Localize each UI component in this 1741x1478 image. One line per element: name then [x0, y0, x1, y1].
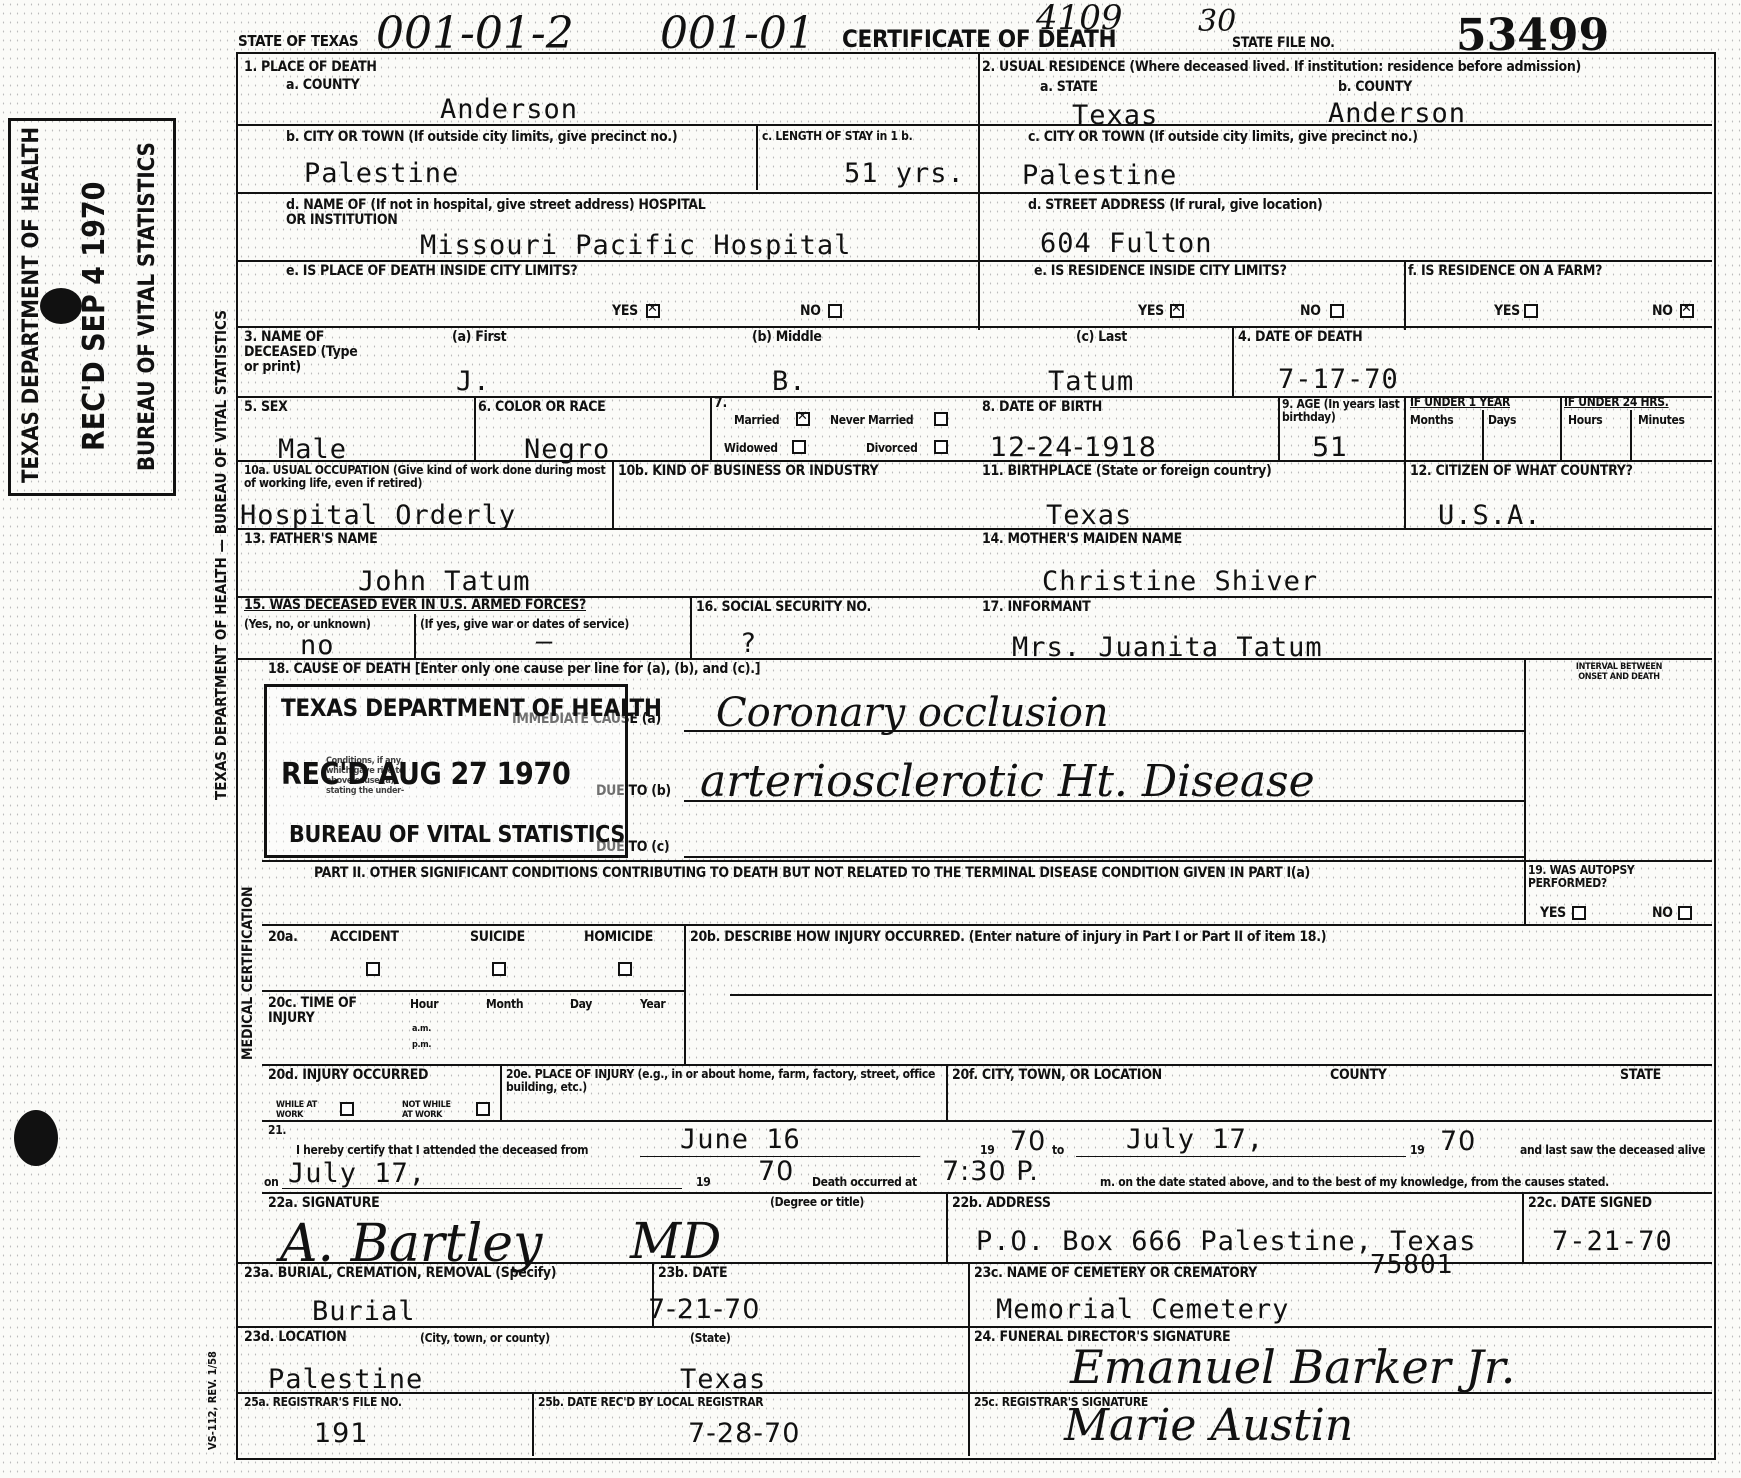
- to-label: to: [1052, 1144, 1064, 1157]
- suicide-checkbox[interactable]: [492, 962, 506, 976]
- divorced-checkbox[interactable]: [934, 440, 948, 454]
- interval-label: INTERVAL BETWEEN ONSET AND DEATH: [1564, 662, 1674, 682]
- informant-label: 17. INFORMANT: [982, 600, 1090, 615]
- res-inside-city-no-checkbox[interactable]: [1330, 304, 1344, 318]
- under-1-year-label: IF UNDER 1 YEAR: [1410, 396, 1510, 409]
- year-label: Year: [640, 998, 665, 1011]
- never-married-checkbox[interactable]: [934, 412, 948, 426]
- received-stamp-sep: TEXAS DEPARTMENT OF HEALTH REC'D SEP 4 1…: [8, 118, 176, 496]
- dob-value: 12-24-1918: [990, 432, 1157, 463]
- res-county-label: b. COUNTY: [1338, 80, 1412, 95]
- sex-label: 5. SEX: [244, 400, 288, 415]
- race-label: 6. COLOR OR RACE: [478, 400, 605, 415]
- first-name-value: J.: [456, 366, 491, 397]
- hours-label: Hours: [1568, 414, 1602, 427]
- last-seen-year: 70: [758, 1156, 794, 1187]
- medical-certification-label: MEDICAL CERTIFICATION: [240, 886, 256, 1060]
- middle-name-value: B.: [772, 366, 807, 397]
- armed-service-value: —: [536, 626, 553, 657]
- cemetery-label: 23c. NAME OF CEMETERY OR CREMATORY: [974, 1266, 1257, 1281]
- citizen-label: 12. CITIZEN OF WHAT COUNTRY?: [1410, 464, 1633, 479]
- divorced-label: Divorced: [866, 442, 918, 455]
- injury-occurred-label: 20d. INJURY OCCURRED: [268, 1068, 428, 1083]
- length-of-stay-label: c. LENGTH OF STAY in 1 b.: [762, 130, 932, 143]
- res-state-label: a. STATE: [1040, 80, 1098, 95]
- location-value: Palestine: [268, 1364, 423, 1395]
- physician-zip: 75801: [1370, 1250, 1453, 1280]
- no-label: NO: [1652, 906, 1673, 921]
- armed-forces-value: no: [300, 630, 335, 661]
- location-sublabel: (City, town, or county): [420, 1332, 550, 1345]
- no-label: NO: [800, 304, 821, 319]
- suicide-label: SUICIDE: [470, 930, 525, 945]
- last-name-label: (c) Last: [1076, 330, 1127, 345]
- institution-value: Missouri Pacific Hospital: [420, 230, 851, 261]
- place-of-death-label: 1. PLACE OF DEATH: [244, 60, 377, 75]
- res-inside-city-label: e. IS RESIDENCE INSIDE CITY LIMITS?: [1034, 264, 1287, 279]
- autopsy-yes-checkbox[interactable]: [1572, 906, 1586, 920]
- burial-value: Burial: [312, 1296, 416, 1327]
- inner-stamp-bureau-line: BUREAU OF VITAL STATISTICS: [289, 823, 625, 848]
- street-value: 604 Fulton: [1040, 228, 1213, 259]
- inner-stamp-dept-line: TEXAS DEPARTMENT OF HEALTH: [281, 695, 662, 721]
- physician-signature-label: 22a. SIGNATURE: [268, 1196, 379, 1211]
- last-name-value: Tatum: [1048, 366, 1134, 397]
- ssn-label: 16. SOCIAL SECURITY NO.: [696, 600, 871, 615]
- on-label: on: [264, 1176, 279, 1189]
- business-label: 10b. KIND OF BUSINESS OR INDUSTRY: [618, 464, 878, 479]
- attended-to-value: July 17,: [1126, 1124, 1264, 1155]
- conditions-label: Conditions, if any, which gave rise to a…: [326, 756, 426, 796]
- months-label: Months: [1410, 414, 1453, 427]
- city-value: Palestine: [304, 158, 459, 189]
- occupation-label: 10a. USUAL OCCUPATION (Give kind of work…: [244, 464, 614, 490]
- nineteen-label: 19: [696, 1176, 710, 1189]
- homicide-label: HOMICIDE: [584, 930, 653, 945]
- nineteen-label: 19: [1410, 1144, 1424, 1157]
- married-label: Married: [734, 414, 779, 427]
- date-of-death-label: 4. DATE OF DEATH: [1238, 330, 1362, 345]
- cert-text-last-saw: and last saw the deceased alive: [1520, 1144, 1705, 1157]
- attended-from-value: June 16: [680, 1124, 801, 1155]
- death-certificate-page: STATE OF TEXAS 001-01-2 001-01 CERTIFICA…: [0, 0, 1741, 1478]
- county-value: Anderson: [440, 94, 578, 125]
- day-label: Day: [570, 998, 592, 1011]
- location-state-sublabel: (State): [690, 1332, 730, 1345]
- while-at-work-label: WHILE AT WORK: [276, 1100, 332, 1120]
- location-state-value: Texas: [680, 1364, 766, 1395]
- date-of-death-value: 7-17-70: [1278, 364, 1399, 395]
- cemetery-value: Memorial Cemetery: [996, 1294, 1289, 1325]
- punch-hole-icon: [14, 1110, 58, 1166]
- stamp-date-line: REC'D SEP 4 1970: [77, 182, 112, 451]
- marital-label: 7.: [714, 396, 727, 411]
- no-label: NO: [1652, 304, 1673, 319]
- mother-label: 14. MOTHER'S MAIDEN NAME: [982, 532, 1182, 547]
- middle-name-label: (b) Middle: [752, 330, 822, 345]
- physician-address-label: 22b. ADDRESS: [952, 1196, 1051, 1211]
- last-seen-value: July 17,: [288, 1158, 426, 1189]
- widowed-label: Widowed: [724, 442, 778, 455]
- cause-of-death-label: 18. CAUSE OF DEATH [Enter only one cause…: [268, 662, 760, 677]
- state-file-label: STATE FILE NO.: [1232, 36, 1335, 51]
- birthplace-label: 11. BIRTHPLACE (State or foreign country…: [982, 464, 1272, 479]
- injury-county-label: COUNTY: [1330, 1068, 1387, 1083]
- place-inside-city-no-checkbox[interactable]: [828, 304, 842, 318]
- injury-describe-label: 20b. DESCRIBE HOW INJURY OCCURRED. (Ente…: [690, 930, 1326, 945]
- time-of-death-value: 7:30 P.: [942, 1156, 1039, 1187]
- month-label: Month: [486, 998, 523, 1011]
- registrar-signature: Marie Austin: [1064, 1400, 1353, 1451]
- farm-no-checkbox[interactable]: [1680, 304, 1694, 318]
- received-stamp-aug: TEXAS DEPARTMENT OF HEALTH REC'D AUG 27 …: [264, 684, 628, 858]
- punch-hole-icon: [40, 288, 82, 324]
- cert-text-causes: m. on the date stated above, and to the …: [1100, 1176, 1609, 1189]
- disposition-date-label: 23b. DATE: [658, 1266, 727, 1281]
- handwritten-note-1: 4109: [1036, 0, 1123, 38]
- date-signed-label: 22c. DATE SIGNED: [1528, 1196, 1652, 1211]
- ssn-value: ?: [740, 628, 757, 659]
- yes-label: YES: [1138, 304, 1164, 319]
- occupation-value: Hospital Orderly: [240, 500, 516, 531]
- county-label: a. COUNTY: [286, 78, 359, 93]
- injury-city-label: 20f. CITY, TOWN, OR LOCATION: [952, 1068, 1162, 1083]
- degree-label: (Degree or title): [770, 1196, 864, 1209]
- injury-state-label: STATE: [1620, 1068, 1661, 1083]
- inside-city-label: e. IS PLACE OF DEATH INSIDE CITY LIMITS?: [286, 264, 577, 279]
- age-label: 9. AGE (In years last birthday): [1282, 398, 1404, 424]
- first-name-label: (a) First: [452, 330, 506, 345]
- birthplace-value: Texas: [1046, 500, 1132, 531]
- part2-label: PART II. OTHER SIGNIFICANT CONDITIONS CO…: [314, 866, 1310, 881]
- yes-label: YES: [1540, 906, 1566, 921]
- armed-forces-label: 15. WAS DECEASED EVER IN U.S. ARMED FORC…: [244, 598, 586, 613]
- attended-to-year: 70: [1440, 1126, 1476, 1157]
- armed-service-sublabel: (If yes, give war or dates of service): [420, 618, 629, 631]
- autopsy-label: 19. WAS AUTOPSY PERFORMED?: [1528, 864, 1708, 890]
- form-number: VS-112, REV. 1/58: [206, 1351, 219, 1450]
- attended-from-year: 70: [1010, 1126, 1046, 1157]
- hour-label: Hour: [410, 998, 438, 1011]
- farm-yes-checkbox[interactable]: [1524, 304, 1538, 318]
- citizen-value: U.S.A.: [1438, 500, 1542, 531]
- not-at-work-checkbox[interactable]: [476, 1102, 490, 1116]
- cert-text-attended: I hereby certify that I attended the dec…: [296, 1144, 588, 1157]
- margin-vertical-text: TEXAS DEPARTMENT OF HEALTH — BUREAU OF V…: [212, 310, 230, 800]
- injury-type-label: 20a.: [268, 930, 298, 945]
- mother-value: Christine Shiver: [1042, 566, 1318, 597]
- registrar-file-label: 25a. REGISTRAR'S FILE NO.: [244, 1396, 402, 1409]
- disposition-date-value: 7-21-70: [648, 1294, 760, 1325]
- no-label: NO: [1300, 304, 1321, 319]
- yes-label: YES: [1494, 304, 1520, 319]
- deceased-name-label: 3. NAME OF DECEASED (Type or print): [244, 330, 364, 375]
- time-of-injury-label: 20c. TIME OF INJURY: [268, 996, 378, 1026]
- res-city-label: c. CITY OR TOWN (If outside city limits,…: [1028, 130, 1418, 145]
- yes-label: YES: [612, 304, 638, 319]
- registrar-date-value: 7-28-70: [688, 1418, 800, 1449]
- days-label: Days: [1488, 414, 1516, 427]
- city-label: b. CITY OR TOWN (If outside city limits,…: [286, 130, 677, 145]
- while-at-work-checkbox[interactable]: [340, 1102, 354, 1116]
- pm-label: p.m.: [412, 1040, 431, 1050]
- autopsy-no-checkbox[interactable]: [1678, 906, 1692, 920]
- cert-number: 21.: [268, 1124, 286, 1137]
- res-state-value: Texas: [1072, 100, 1158, 131]
- handwritten-note-2: 30: [1198, 4, 1236, 39]
- institution-label: d. NAME OF (If not in hospital, give str…: [286, 198, 706, 228]
- res-city-value: Palestine: [1022, 160, 1177, 191]
- state-of-texas-label: STATE OF TEXAS: [238, 34, 358, 49]
- farm-label: f. IS RESIDENCE ON A FARM?: [1408, 264, 1602, 279]
- minutes-label: Minutes: [1638, 414, 1685, 427]
- age-value: 51: [1312, 432, 1348, 463]
- place-of-injury-label: 20e. PLACE OF INJURY (e.g., in or about …: [506, 1068, 946, 1094]
- usual-residence-label: 2. USUAL RESIDENCE (Where deceased lived…: [982, 60, 1581, 75]
- street-label: d. STREET ADDRESS (If rural, give locati…: [1028, 198, 1323, 213]
- father-value: John Tatum: [358, 566, 531, 597]
- accident-checkbox[interactable]: [366, 962, 380, 976]
- under-24-hrs-label: IF UNDER 24 HRS.: [1564, 396, 1669, 409]
- date-signed-value: 7-21-70: [1552, 1226, 1673, 1257]
- length-of-stay-value: 51 yrs.: [844, 158, 965, 189]
- father-label: 13. FATHER'S NAME: [244, 532, 377, 547]
- funeral-director-signature: Emanuel Barker Jr.: [1070, 1340, 1515, 1394]
- place-inside-city-yes-checkbox[interactable]: [646, 304, 660, 318]
- location-label: 23d. LOCATION: [244, 1330, 346, 1345]
- stamp-bureau-line: BUREAU OF VITAL STATISTICS: [135, 142, 160, 471]
- homicide-checkbox[interactable]: [618, 962, 632, 976]
- not-at-work-label: NOT WHILE AT WORK: [402, 1100, 462, 1120]
- burial-label: 23a. BURIAL, CREMATION, REMOVAL (Specify…: [244, 1266, 556, 1281]
- dob-label: 8. DATE OF BIRTH: [982, 400, 1102, 415]
- res-inside-city-yes-checkbox[interactable]: [1170, 304, 1184, 318]
- registrar-date-label: 25b. DATE REC'D BY LOCAL REGISTRAR: [538, 1396, 763, 1409]
- accident-label: ACCIDENT: [330, 930, 399, 945]
- widowed-checkbox[interactable]: [792, 440, 806, 454]
- death-occurred-label: Death occurred at: [812, 1176, 917, 1189]
- am-label: a.m.: [412, 1024, 431, 1034]
- never-married-label: Never Married: [830, 414, 913, 427]
- married-checkbox[interactable]: [796, 412, 810, 426]
- registrar-file-value: 191: [314, 1418, 369, 1449]
